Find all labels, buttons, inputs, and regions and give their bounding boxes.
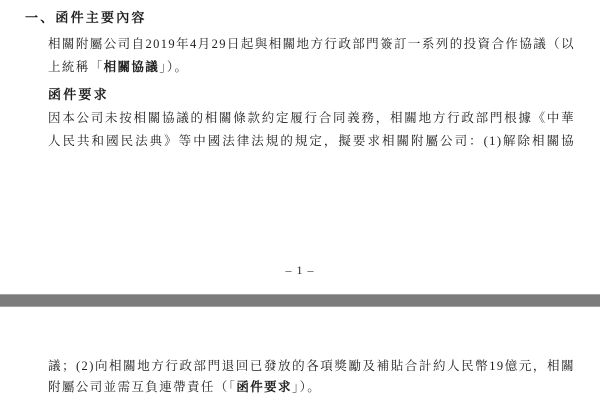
defined-term-related-agreements: 相關協議 xyxy=(104,60,160,74)
section-heading: 一、函件主要內容 xyxy=(25,7,147,26)
page-number: – 1 – xyxy=(0,263,600,278)
paragraph-text: 」）。 xyxy=(292,380,321,394)
paragraph-agreement: 相關附屬公司自2019年4月29日起與相關地方行政部門簽訂一系列的投資合作協議（… xyxy=(48,33,575,79)
page-separator xyxy=(0,294,600,307)
paragraph-text: 」）。 xyxy=(159,60,188,74)
paragraph-demand-continued: 議；(2)向相關地方行政部門退回已發放的各項獎勵及補貼合計約人民幣19億元，相關… xyxy=(48,356,575,398)
subsection-heading: 函件要求 xyxy=(48,84,109,103)
defined-term-letter-demand: 函件要求 xyxy=(236,380,292,394)
paragraph-demand: 因本公司未按相關協議的相關條款約定履行合同義務，相關地方行政部門根據《中華人民共… xyxy=(48,107,575,153)
document-viewer: 一、函件主要內容 相關附屬公司自2019年4月29日起與相關地方行政部門簽訂一系… xyxy=(0,0,600,406)
